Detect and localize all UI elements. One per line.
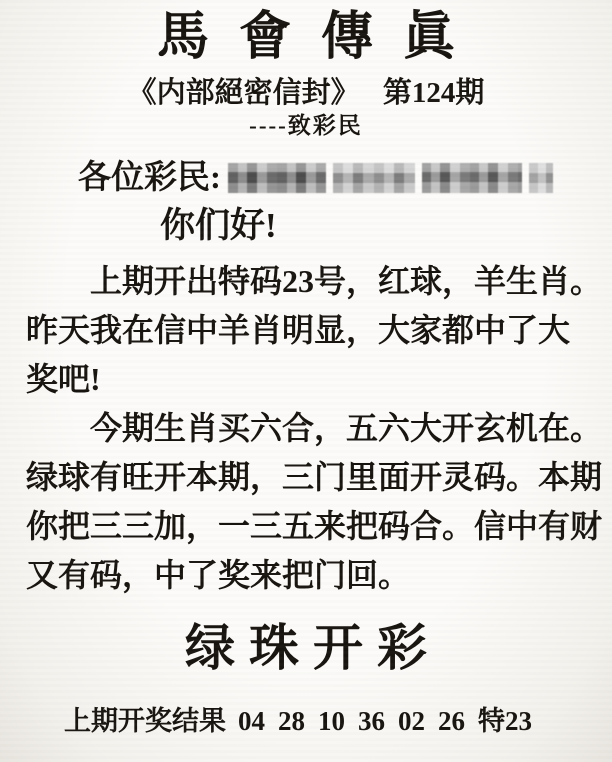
body-line-4: 今期生肖买六合，五六大开玄机在。 [26, 404, 612, 453]
result-number: 28 [278, 704, 305, 738]
special-number: 特 23 [478, 704, 532, 738]
salutation: 各位彩民: [78, 160, 221, 196]
special-number-value: 23 [505, 704, 532, 738]
blur-segment [228, 163, 326, 193]
result-number: 26 [438, 704, 465, 738]
result-number: 10 [318, 704, 345, 738]
letter-body: 上期开出特码23号，红球，羊生肖。 昨天我在信中羊肖明显，大家都中了大 奖吧! … [0, 257, 612, 600]
redacted-contact-blur [228, 163, 546, 193]
page-title: 馬會傳眞 [0, 8, 612, 68]
subtitle-row: 《内部絕密信封》 第124期 [0, 76, 612, 110]
body-line-5: 绿球有旺开本期，三门里面开灵码。本期 [26, 453, 612, 502]
result-number: 04 [238, 704, 265, 738]
body-line-7: 又有码，中了奖来把门回。 [26, 551, 612, 600]
body-line-3: 奖吧! [26, 355, 612, 404]
body-line-2: 昨天我在信中羊肖明显，大家都中了大 [26, 306, 612, 355]
subtitle-envelope-label: 《内部絕密信封》 [128, 77, 360, 109]
slogan-title: 绿珠开彩 [0, 616, 612, 680]
result-label: 上期开奖结果 [64, 704, 226, 738]
previous-draw-result-row: 上期开奖结果 04 28 10 36 02 26 特 23 [0, 704, 612, 738]
blur-segment [422, 163, 522, 193]
blur-segment [529, 163, 553, 193]
body-line-6: 你把三三加，一三五来把码合。信中有财 [26, 502, 612, 551]
salutation-row: 各位彩民: [0, 157, 612, 203]
result-number: 36 [358, 704, 385, 738]
dedication-line: ----致彩民 [0, 113, 612, 139]
body-line-1: 上期开出特码23号，红球，羊生肖。 [26, 257, 612, 306]
special-number-label: 特 [478, 704, 505, 738]
greeting-line: 你们好! [160, 203, 612, 249]
blur-segment [333, 163, 415, 193]
result-number: 02 [398, 704, 425, 738]
issue-number: 第124期 [383, 77, 485, 109]
result-numbers: 04 28 10 36 02 26 [238, 704, 465, 738]
fax-page: 馬會傳眞 《内部絕密信封》 第124期 ----致彩民 各位彩民: 你们好! 上… [0, 0, 612, 762]
